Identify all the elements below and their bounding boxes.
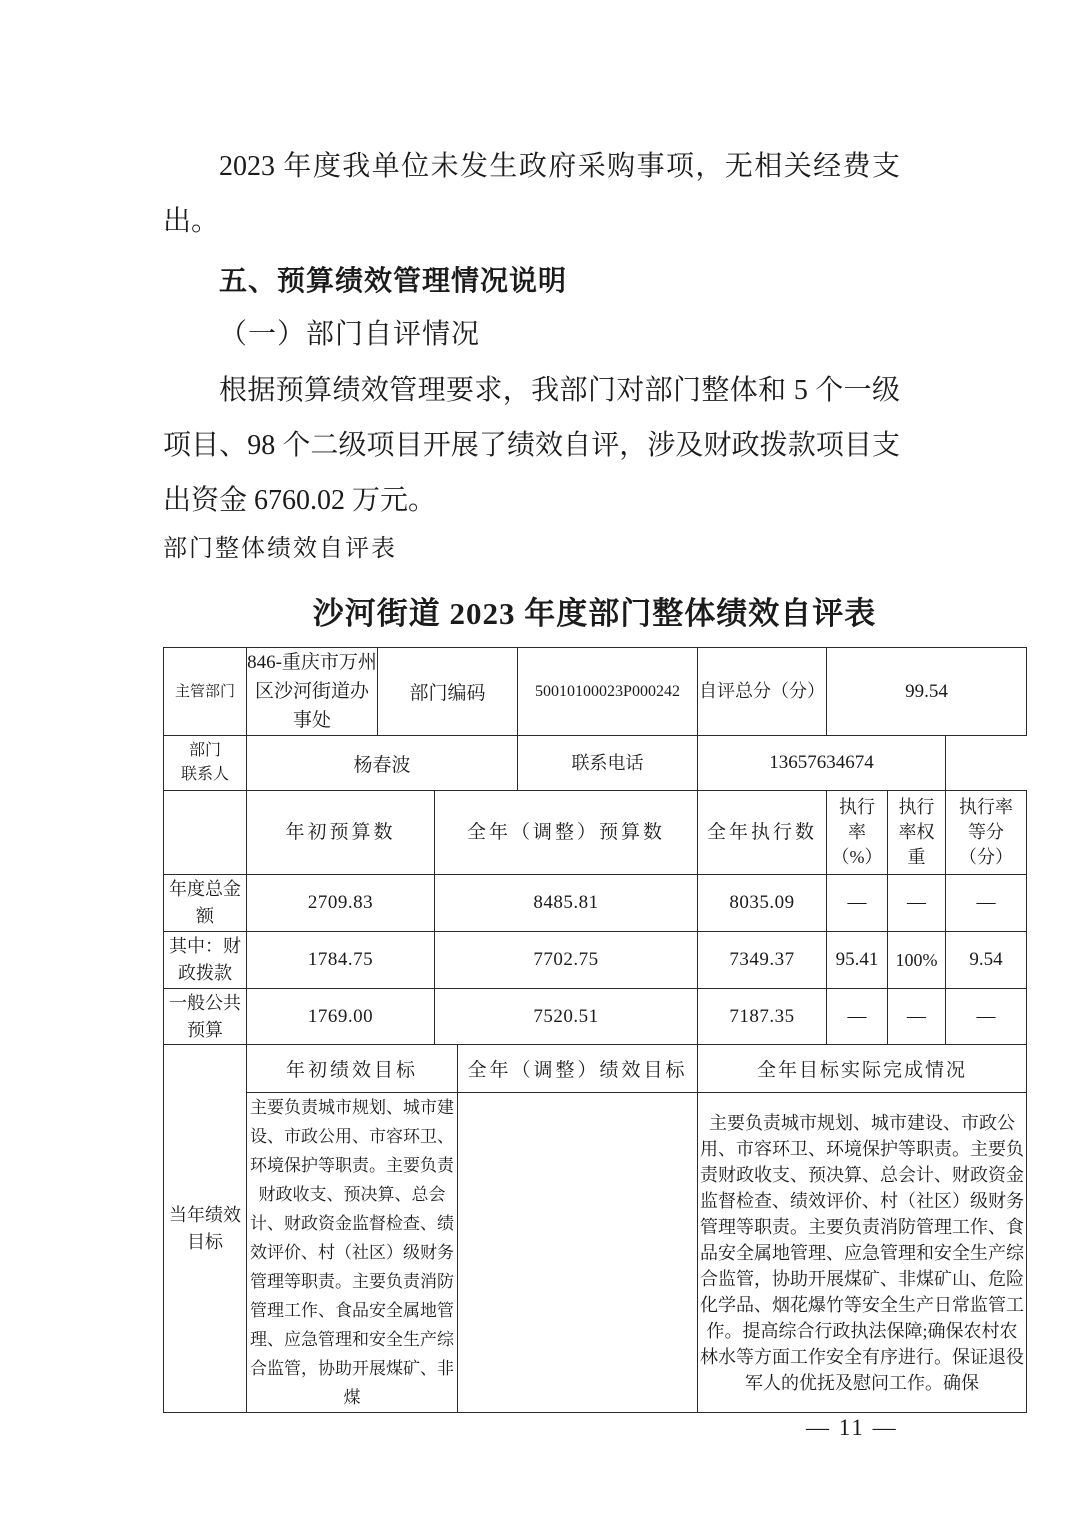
col-header-actual-completion: 全年目标实际完成情况 — [698, 1045, 1027, 1093]
paragraph-self-eval: 根据预算绩效管理要求，我部门对部门整体和 5 个一级项目、98 个二级项目开展了… — [163, 363, 900, 528]
general-weight: — — [888, 989, 946, 1045]
table-title: 沙河街道 2023 年度部门整体绩效自评表 — [163, 591, 1026, 637]
table-row: 部门 联系人 杨春波 联系电话 13657634674 — [164, 736, 1027, 791]
col-header-initial-goal: 年初绩效目标 — [247, 1045, 458, 1093]
phone-value-cell: 13657634674 — [698, 736, 946, 791]
fiscal-initial: 1784.75 — [247, 932, 435, 989]
table-row: 一般公共预算 1769.00 7520.51 7187.35 — — — — [164, 989, 1027, 1045]
paragraph-procurement: 2023 年度我单位未发生政府采购事项，无相关经费支出。 — [163, 139, 900, 249]
annual-total-weight: — — [888, 875, 946, 932]
annual-total-initial: 2709.83 — [247, 875, 435, 932]
general-score: — — [946, 989, 1027, 1045]
table-header-row: 当年绩效目标 年初绩效目标 全年（调整）绩效目标 全年目标实际完成情况 — [164, 1045, 1027, 1093]
general-rate: — — [827, 989, 888, 1045]
phone-label-cell: 联系电话 — [518, 736, 698, 791]
table-caption-small: 部门整体绩效自评表 — [163, 529, 397, 569]
col-header-exec-rate: 执行 率 （%） — [827, 791, 888, 875]
general-initial: 1769.00 — [247, 989, 435, 1045]
table-row: 主要负责城市规划、城市建设、市政公用、市容环卫、环境保护等职责。主要负责财政收支… — [164, 1093, 1027, 1413]
col-header-executed: 全年执行数 — [698, 791, 827, 875]
performance-self-eval-table: 主管部门 846-重庆市万州区沙河街道办事处 部门编码 50010100023P… — [163, 647, 1027, 1413]
table-header-row: 年初预算数 全年（调整）预算数 全年执行数 执行 率 （%） 执行 率权 重 执… — [164, 791, 1027, 875]
annual-total-executed: 8035.09 — [698, 875, 827, 932]
fiscal-adjusted: 7702.75 — [435, 932, 698, 989]
row-label-current-year-goals: 当年绩效目标 — [164, 1045, 247, 1413]
fiscal-rate: 95.41 — [827, 932, 888, 989]
fiscal-executed: 7349.37 — [698, 932, 827, 989]
self-score-value-cell: 99.54 — [827, 648, 1027, 736]
page-number: — 11 — — [806, 1413, 898, 1443]
col-header-adjusted-goal: 全年（调整）绩效目标 — [458, 1045, 698, 1093]
blank-cell — [164, 791, 247, 875]
dept-code-label-cell: 部门编码 — [378, 648, 518, 736]
fiscal-weight: 100% — [888, 932, 946, 989]
self-score-label-cell: 自评总分（分） — [698, 648, 827, 736]
table-row: 其中：财政拨款 1784.75 7702.75 7349.37 95.41 10… — [164, 932, 1027, 989]
subsection-heading-1: （一）部门自评情况 — [163, 307, 900, 362]
col-header-rate-score: 执行率 等分 （分） — [946, 791, 1027, 875]
supervisor-label-cell: 主管部门 — [164, 648, 247, 736]
fiscal-score: 9.54 — [946, 932, 1027, 989]
supervisor-value-cell: 846-重庆市万州区沙河街道办事处 — [247, 648, 378, 736]
row-label-annual-total: 年度总金额 — [164, 875, 247, 932]
col-header-initial-budget: 年初预算数 — [247, 791, 435, 875]
row-label-fiscal-appropriation: 其中：财政拨款 — [164, 932, 247, 989]
col-header-adjusted-budget: 全年（调整）预算数 — [435, 791, 698, 875]
general-executed: 7187.35 — [698, 989, 827, 1045]
annual-total-adjusted: 8485.81 — [435, 875, 698, 932]
annual-total-rate: — — [827, 875, 888, 932]
dept-code-value-cell: 50010100023P000242 — [518, 648, 698, 736]
actual-completion-text-cell: 主要负责城市规划、城市建设、市政公用、市容环卫、环境保护等职责。主要负责财政收支… — [698, 1093, 1027, 1413]
annual-total-score: — — [946, 875, 1027, 932]
section-heading-5: 五、预算绩效管理情况说明 — [163, 253, 900, 308]
initial-goal-text-cell: 主要负责城市规划、城市建设、市政公用、市容环卫、环境保护等职责。主要负责财政收支… — [247, 1093, 458, 1413]
table-row: 年度总金额 2709.83 8485.81 8035.09 — — — — [164, 875, 1027, 932]
document-page: 2023 年度我单位未发生政府采购事项，无相关经费支出。 五、预算绩效管理情况说… — [0, 0, 1075, 1520]
table-row: 主管部门 846-重庆市万州区沙河街道办事处 部门编码 50010100023P… — [164, 648, 1027, 736]
row-label-general-public-budget: 一般公共预算 — [164, 989, 247, 1045]
contact-value-cell: 杨春波 — [247, 736, 518, 791]
adjusted-goal-text-cell — [458, 1093, 698, 1413]
general-adjusted: 7520.51 — [435, 989, 698, 1045]
contact-label-cell: 部门 联系人 — [164, 736, 247, 791]
col-header-rate-weight: 执行 率权 重 — [888, 791, 946, 875]
